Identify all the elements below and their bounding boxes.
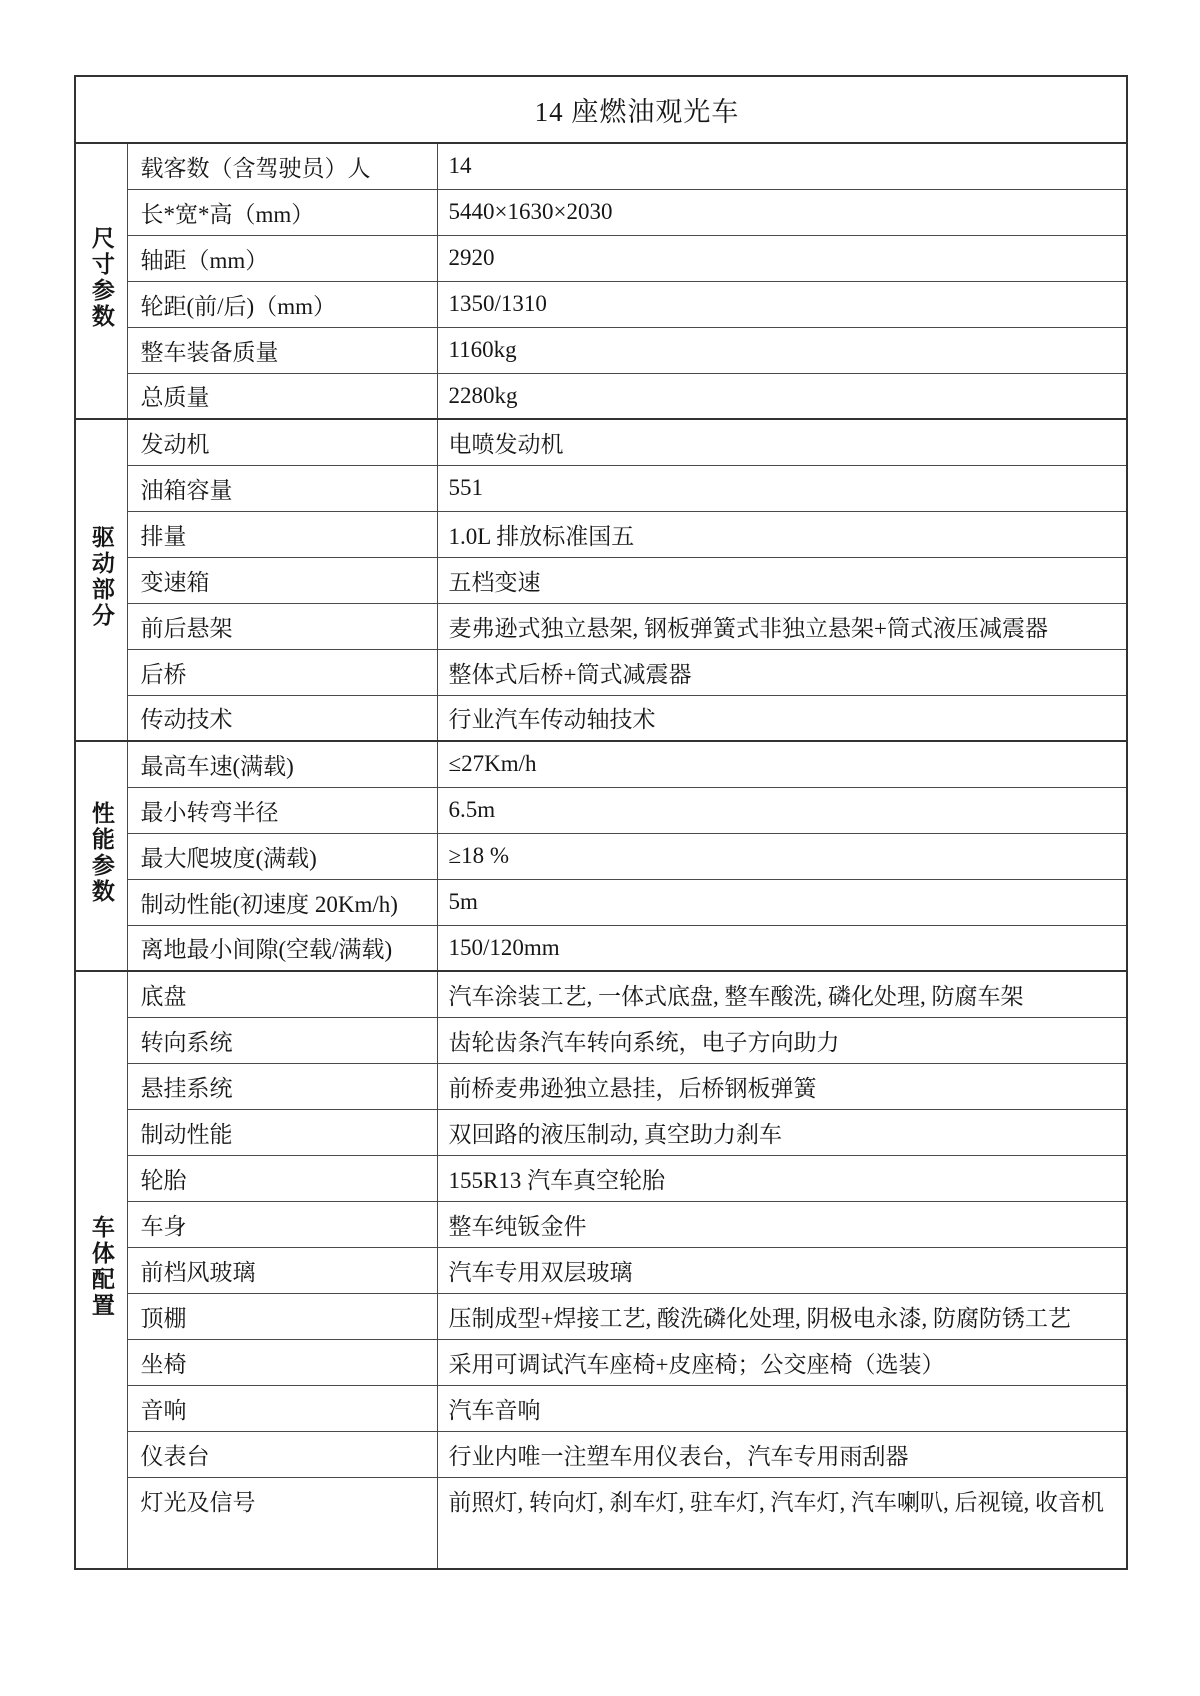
spec-label-cell: 仪表台	[127, 1431, 437, 1477]
spec-label-cell: 变速箱	[127, 557, 437, 603]
spec-label-cell: 转向系统	[127, 1017, 437, 1063]
spec-value-cell: 5m	[437, 879, 1127, 925]
spec-value-cell: 采用可调试汽车座椅+皮座椅；公交座椅（选装）	[437, 1339, 1127, 1385]
table-row: 驱动部分 发动机 电喷发动机	[75, 419, 1127, 465]
spec-value-cell: 麦弗逊式独立悬架, 钢板弹簧式非独立悬架+筒式液压减震器	[437, 603, 1127, 649]
table-row: 整车装备质量 1160kg	[75, 327, 1127, 373]
spec-label-cell: 轴距（mm）	[127, 235, 437, 281]
table-row: 长*宽*高（mm） 5440×1630×2030	[75, 189, 1127, 235]
spec-label-cell: 悬挂系统	[127, 1063, 437, 1109]
page: { "title": "14 座燃油观光车", "sections": [ { …	[0, 0, 1200, 1696]
spec-value-cell: 汽车专用双层玻璃	[437, 1247, 1127, 1293]
table-row: 性能参数 最高车速(满载) ≤27Km/h	[75, 741, 1127, 787]
table-row: 前档风玻璃 汽车专用双层玻璃	[75, 1247, 1127, 1293]
spec-label-cell: 总质量	[127, 373, 437, 419]
spec-value-cell: 汽车音响	[437, 1385, 1127, 1431]
section-cell-dimensions: 尺寸参数	[75, 143, 127, 419]
spec-label-cell: 灯光及信号	[127, 1477, 437, 1569]
spec-value-cell: 5440×1630×2030	[437, 189, 1127, 235]
table-row: 轮胎 155R13 汽车真空轮胎	[75, 1155, 1127, 1201]
table-row: 总质量 2280kg	[75, 373, 1127, 419]
section-label-drivetrain: 驱动部分	[89, 525, 114, 629]
table-row: 最大爬坡度(满载) ≥18 %	[75, 833, 1127, 879]
spec-table: 14 座燃油观光车 尺寸参数 载客数（含驾驶员）人 14 长*宽*高（mm） 5…	[74, 75, 1128, 1570]
table-row: 传动技术 行业汽车传动轴技术	[75, 695, 1127, 741]
spec-label-cell: 制动性能(初速度 20Km/h)	[127, 879, 437, 925]
spec-value-cell: 6.5m	[437, 787, 1127, 833]
spec-value-cell: 150/120mm	[437, 925, 1127, 971]
table-row: 顶棚 压制成型+焊接工艺, 酸洗磷化处理, 阴极电永漆, 防腐防锈工艺	[75, 1293, 1127, 1339]
table-row: 排量 1.0L 排放标准国五	[75, 511, 1127, 557]
page-title: 14 座燃油观光车	[75, 76, 1127, 143]
table-row: 油箱容量 551	[75, 465, 1127, 511]
table-row: 坐椅 采用可调试汽车座椅+皮座椅；公交座椅（选装）	[75, 1339, 1127, 1385]
spec-value-cell: 电喷发动机	[437, 419, 1127, 465]
spec-value-cell: ≥18 %	[437, 833, 1127, 879]
section-label-performance: 性能参数	[89, 801, 114, 905]
spec-label-cell: 整车装备质量	[127, 327, 437, 373]
spec-value-cell: 压制成型+焊接工艺, 酸洗磷化处理, 阴极电永漆, 防腐防锈工艺	[437, 1293, 1127, 1339]
spec-value-cell: 整车纯钣金件	[437, 1201, 1127, 1247]
spec-label-cell: 前后悬架	[127, 603, 437, 649]
spec-label-cell: 制动性能	[127, 1109, 437, 1155]
table-row: 前后悬架 麦弗逊式独立悬架, 钢板弹簧式非独立悬架+筒式液压减震器	[75, 603, 1127, 649]
table-row: 音响 汽车音响	[75, 1385, 1127, 1431]
table-row: 最小转弯半径 6.5m	[75, 787, 1127, 833]
table-row: 仪表台 行业内唯一注塑车用仪表台，汽车专用雨刮器	[75, 1431, 1127, 1477]
section-label-dimensions: 尺寸参数	[89, 226, 114, 330]
spec-label-cell: 最小转弯半径	[127, 787, 437, 833]
table-row: 灯光及信号 前照灯, 转向灯, 刹车灯, 驻车灯, 汽车灯, 汽车喇叭, 后视镜…	[75, 1477, 1127, 1569]
spec-value-cell: 双回路的液压制动, 真空助力刹车	[437, 1109, 1127, 1155]
spec-value-cell: 前照灯, 转向灯, 刹车灯, 驻车灯, 汽车灯, 汽车喇叭, 后视镜, 收音机	[437, 1477, 1127, 1569]
table-row: 车体配置 底盘 汽车涂装工艺, 一体式底盘, 整车酸洗, 磷化处理, 防腐车架	[75, 971, 1127, 1017]
spec-value-cell: 前桥麦弗逊独立悬挂，后桥钢板弹簧	[437, 1063, 1127, 1109]
spec-label-cell: 轮距(前/后)（mm）	[127, 281, 437, 327]
table-row: 制动性能(初速度 20Km/h) 5m	[75, 879, 1127, 925]
spec-value-cell: 1350/1310	[437, 281, 1127, 327]
spec-value-cell: 1.0L 排放标准国五	[437, 511, 1127, 557]
table-row: 悬挂系统 前桥麦弗逊独立悬挂，后桥钢板弹簧	[75, 1063, 1127, 1109]
spec-value-cell: 2280kg	[437, 373, 1127, 419]
spec-label-cell: 车身	[127, 1201, 437, 1247]
spec-value-cell: 行业汽车传动轴技术	[437, 695, 1127, 741]
spec-value-cell: 14	[437, 143, 1127, 189]
spec-label-cell: 前档风玻璃	[127, 1247, 437, 1293]
spec-value-cell: 行业内唯一注塑车用仪表台，汽车专用雨刮器	[437, 1431, 1127, 1477]
section-cell-drivetrain: 驱动部分	[75, 419, 127, 741]
table-row: 轴距（mm） 2920	[75, 235, 1127, 281]
table-row: 车身 整车纯钣金件	[75, 1201, 1127, 1247]
section-label-body-config: 车体配置	[89, 1215, 114, 1319]
spec-label-cell: 顶棚	[127, 1293, 437, 1339]
spec-label-cell: 音响	[127, 1385, 437, 1431]
spec-label-cell: 传动技术	[127, 695, 437, 741]
table-row: 14 座燃油观光车	[75, 76, 1127, 143]
spec-value-cell: 551	[437, 465, 1127, 511]
spec-value-cell: 155R13 汽车真空轮胎	[437, 1155, 1127, 1201]
table-row: 离地最小间隙(空载/满载) 150/120mm	[75, 925, 1127, 971]
table-row: 变速箱 五档变速	[75, 557, 1127, 603]
spec-label-cell: 后桥	[127, 649, 437, 695]
section-cell-performance: 性能参数	[75, 741, 127, 971]
spec-value-cell: ≤27Km/h	[437, 741, 1127, 787]
spec-label-cell: 长*宽*高（mm）	[127, 189, 437, 235]
table-row: 尺寸参数 载客数（含驾驶员）人 14	[75, 143, 1127, 189]
table-row: 制动性能 双回路的液压制动, 真空助力刹车	[75, 1109, 1127, 1155]
spec-label-cell: 离地最小间隙(空载/满载)	[127, 925, 437, 971]
spec-value-cell: 齿轮齿条汽车转向系统，电子方向助力	[437, 1017, 1127, 1063]
spec-label-cell: 排量	[127, 511, 437, 557]
spec-label-cell: 坐椅	[127, 1339, 437, 1385]
section-cell-body-config: 车体配置	[75, 971, 127, 1569]
spec-value-cell: 五档变速	[437, 557, 1127, 603]
spec-label-cell: 发动机	[127, 419, 437, 465]
table-row: 轮距(前/后)（mm） 1350/1310	[75, 281, 1127, 327]
spec-value-cell: 2920	[437, 235, 1127, 281]
spec-value-cell: 整体式后桥+筒式减震器	[437, 649, 1127, 695]
table-row: 转向系统 齿轮齿条汽车转向系统，电子方向助力	[75, 1017, 1127, 1063]
spec-label-cell: 最大爬坡度(满载)	[127, 833, 437, 879]
spec-label-cell: 油箱容量	[127, 465, 437, 511]
spec-label-cell: 载客数（含驾驶员）人	[127, 143, 437, 189]
table-row: 后桥 整体式后桥+筒式减震器	[75, 649, 1127, 695]
spec-label-cell: 底盘	[127, 971, 437, 1017]
spec-value-cell: 1160kg	[437, 327, 1127, 373]
spec-label-cell: 轮胎	[127, 1155, 437, 1201]
spec-value-cell: 汽车涂装工艺, 一体式底盘, 整车酸洗, 磷化处理, 防腐车架	[437, 971, 1127, 1017]
spec-label-cell: 最高车速(满载)	[127, 741, 437, 787]
